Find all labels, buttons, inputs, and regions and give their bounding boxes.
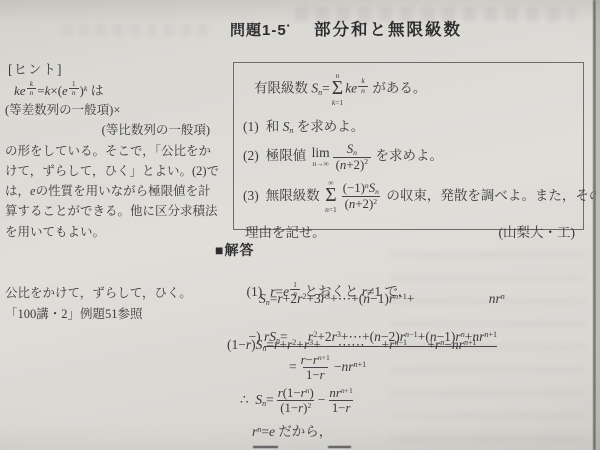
item-number: (1) bbox=[243, 119, 259, 134]
hint-label: [ヒント] bbox=[8, 58, 63, 78]
item-text: 理由を記せ。 bbox=[245, 221, 326, 241]
hint-paragraph: (等差数列の一般項)× (等比数列の一般項) の形をしている。そこで，「公比をか… bbox=[5, 100, 224, 242]
hint-line: (等差数列の一般項)× bbox=[5, 100, 224, 120]
item-number: (2) bbox=[243, 148, 259, 163]
hint-line: けて，ずらして，ひく」とよい。(2)で bbox=[5, 161, 224, 181]
margin-note: 公比をかけて，ずらして，ひく。 「100講・2」例題51参照 bbox=[5, 283, 192, 326]
item-number: (3) bbox=[243, 188, 259, 203]
cutoff-equation-fragment bbox=[328, 446, 351, 448]
hint-line: を用いてもよい。 bbox=[5, 222, 224, 242]
hint-line: (等比数列の一般項) bbox=[5, 120, 224, 140]
problem-title: 問題1-5▪ 部分和と無限級数 bbox=[230, 16, 462, 40]
problem-source: (山梨大・工) bbox=[499, 221, 576, 241]
problem-number: 問題1-5 bbox=[230, 22, 287, 39]
solution-header: ■解答 bbox=[215, 240, 254, 260]
hint-formula: kekn=k×(e1n)k は bbox=[14, 80, 104, 99]
difficulty-marker: ▪ bbox=[287, 21, 290, 30]
solution-note-rn: rn=e だから， bbox=[252, 420, 332, 440]
problem-item-3: (3)無限級数 ∞Σn=1(−1)nSn(n+2)2 の収束，発散を調べよ。また… bbox=[243, 179, 575, 214]
page-title: 部分和と無限級数 bbox=[314, 21, 462, 39]
problem-statement-box: 有限級数 Sn=nΣk=1kekn がある。 (1)和 Sn を求めよ。 (2)… bbox=[233, 62, 584, 230]
textbook-page-photo: [ヒント] kekn=k×(e1n)k は (等差数列の一般項)× (等比数列の… bbox=[0, 0, 600, 450]
item-text: 無限級数 ∞Σn=1(−1)nSn(n+2)2 の収束，発散を調べよ。また，その bbox=[266, 188, 600, 203]
solution-equation-result: ∴ Sn=r(1−rn)(1−r)2−nrn+11−r bbox=[240, 386, 357, 416]
item-text: 和 Sn を求めよ。 bbox=[266, 119, 365, 134]
margin-note-line: 公比をかけて，ずらして，ひく。 bbox=[5, 283, 192, 304]
solution-equation-difference: (1−r)Sn=r+r2+r3+ ⋯⋯ +rn−1 +rn−nrn+1 bbox=[227, 337, 477, 353]
problem-item-1: (1)和 Sn を求めよ。 bbox=[243, 115, 575, 135]
problem-intro: 有限級数 Sn=nΣk=1kekn がある。 bbox=[243, 72, 575, 107]
adjacent-page-edge bbox=[596, 0, 600, 450]
page-bleedthrough bbox=[62, 24, 212, 36]
solution-intro: (1)r=e1n とおくと r≠1 で， bbox=[233, 264, 411, 316]
problem-item-2: (2)極限値 limn→∞Sn(n+2)2 を求めよ。 bbox=[243, 142, 575, 172]
margin-note-reference: 「100講・2」例題51参照 bbox=[5, 304, 192, 325]
solution-equation-sn: Sn=r+2r2+3r3+⋯+(n−1)rn−1+ nrn bbox=[259, 291, 505, 307]
cutoff-equation-fragment bbox=[253, 446, 278, 448]
hint-line: の形をしている。そこで，「公比をか bbox=[5, 141, 224, 161]
item-text: 極限値 limn→∞Sn(n+2)2 を求めよ。 bbox=[266, 148, 443, 163]
solution-equation-fraction: =r−rn+11−r−nrn+1 bbox=[289, 353, 366, 383]
problem-item-3-continuation: 理由を記せ。 (山梨大・工) bbox=[245, 221, 575, 241]
hint-line: は，eの性質を用いながら極限値を計 bbox=[5, 181, 224, 201]
hint-line: 算することができる。他に区分求積法 bbox=[5, 201, 224, 221]
